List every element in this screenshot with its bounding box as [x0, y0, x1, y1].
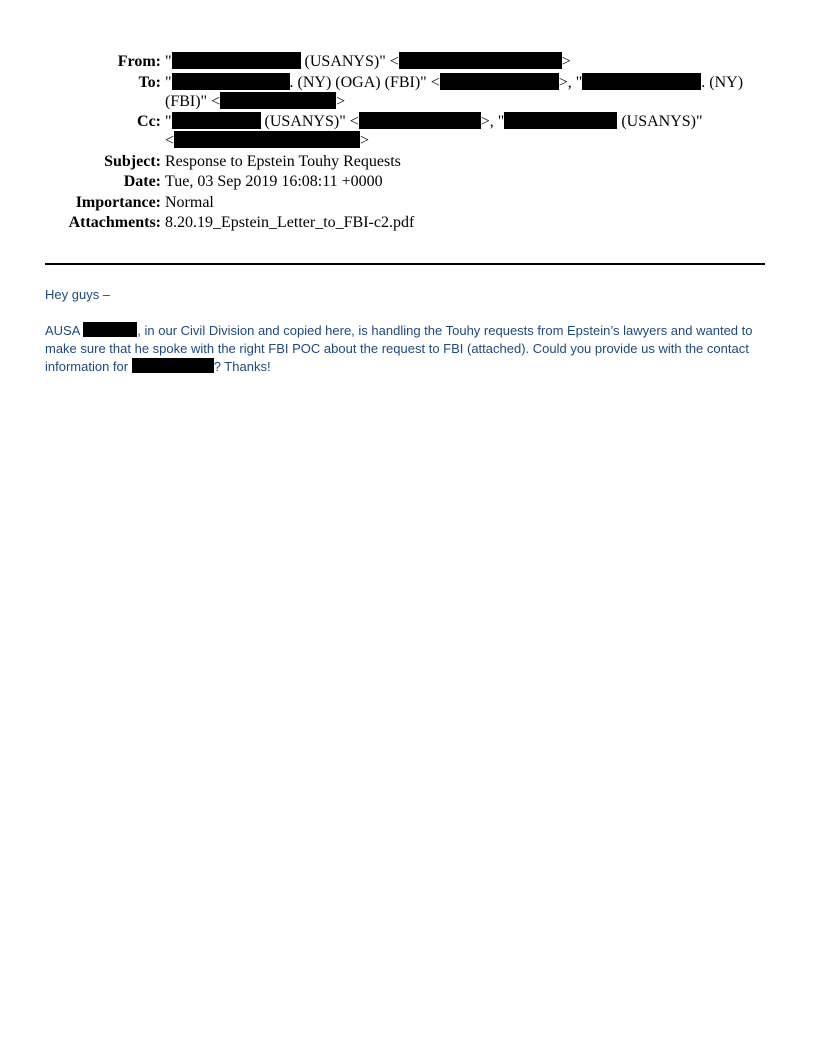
redaction-block — [172, 112, 261, 129]
subject-row: Subject: Response to Epstein Touhy Reque… — [40, 152, 760, 171]
importance-row: Importance: Normal — [40, 193, 760, 212]
subject-label: Subject: — [40, 152, 165, 171]
redaction-block — [504, 112, 617, 129]
importance-value: Normal — [165, 193, 760, 212]
cc-row: Cc: " (USANYS)" <>, " (USANYS)" <> — [40, 112, 760, 150]
redaction-block — [83, 322, 137, 337]
greeting: Hey guys – — [45, 286, 775, 304]
to-value: ". (NY) (OGA) (FBI)" <>, ". (NY) (FBI)" … — [165, 73, 760, 111]
date-value: Tue, 03 Sep 2019 16:08:11 +0000 — [165, 172, 760, 191]
redaction-block — [172, 73, 290, 90]
redaction-block — [359, 112, 481, 129]
from-row: From: " (USANYS)" <> — [40, 52, 760, 71]
to-text: > — [336, 93, 345, 110]
subject-value: Response to Epstein Touhy Requests — [165, 152, 760, 171]
attachments-label: Attachments: — [40, 213, 165, 232]
to-label: To: — [40, 73, 165, 111]
body-paragraph: AUSA , in our Civil Division and copied … — [45, 322, 775, 376]
email-header: From: " (USANYS)" <> To: ". (NY) (OGA) (… — [40, 52, 760, 234]
redaction-block — [172, 52, 301, 69]
redaction-block — [220, 92, 336, 109]
body-text: ? Thanks! — [214, 359, 271, 374]
to-text: >, " — [559, 74, 583, 91]
from-close: > — [562, 53, 571, 70]
header-divider — [45, 263, 765, 265]
cc-value: " (USANYS)" <>, " (USANYS)" <> — [165, 112, 760, 150]
cc-text: < — [165, 132, 174, 149]
cc-label: Cc: — [40, 112, 165, 150]
to-row: To: ". (NY) (OGA) (FBI)" <>, ". (NY) (FB… — [40, 73, 760, 111]
redaction-block — [399, 52, 562, 69]
redaction-block — [132, 358, 214, 373]
cc-text: > — [360, 132, 369, 149]
to-text: . (NY) (OGA) (FBI)" < — [290, 74, 440, 91]
to-text: . (NY) — [701, 74, 743, 91]
from-value: " (USANYS)" <> — [165, 52, 760, 71]
cc-text: >, " — [481, 113, 505, 130]
redaction-block — [174, 131, 360, 148]
attachment-filename[interactable]: 8.20.19_Epstein_Letter_to_FBI-c2.pdf — [165, 213, 760, 232]
to-text: (FBI)" < — [165, 93, 220, 110]
date-row: Date: Tue, 03 Sep 2019 16:08:11 +0000 — [40, 172, 760, 191]
redaction-block — [582, 73, 701, 90]
from-label: From: — [40, 52, 165, 71]
from-org: (USANYS)" < — [301, 53, 399, 70]
email-body: Hey guys – AUSA , in our Civil Division … — [45, 286, 775, 376]
date-label: Date: — [40, 172, 165, 191]
importance-label: Importance: — [40, 193, 165, 212]
cc-text: (USANYS)" < — [261, 113, 359, 130]
body-text: AUSA — [45, 323, 83, 338]
cc-text: (USANYS)" — [617, 113, 702, 130]
attachments-row: Attachments: 8.20.19_Epstein_Letter_to_F… — [40, 213, 760, 232]
redaction-block — [440, 73, 559, 90]
